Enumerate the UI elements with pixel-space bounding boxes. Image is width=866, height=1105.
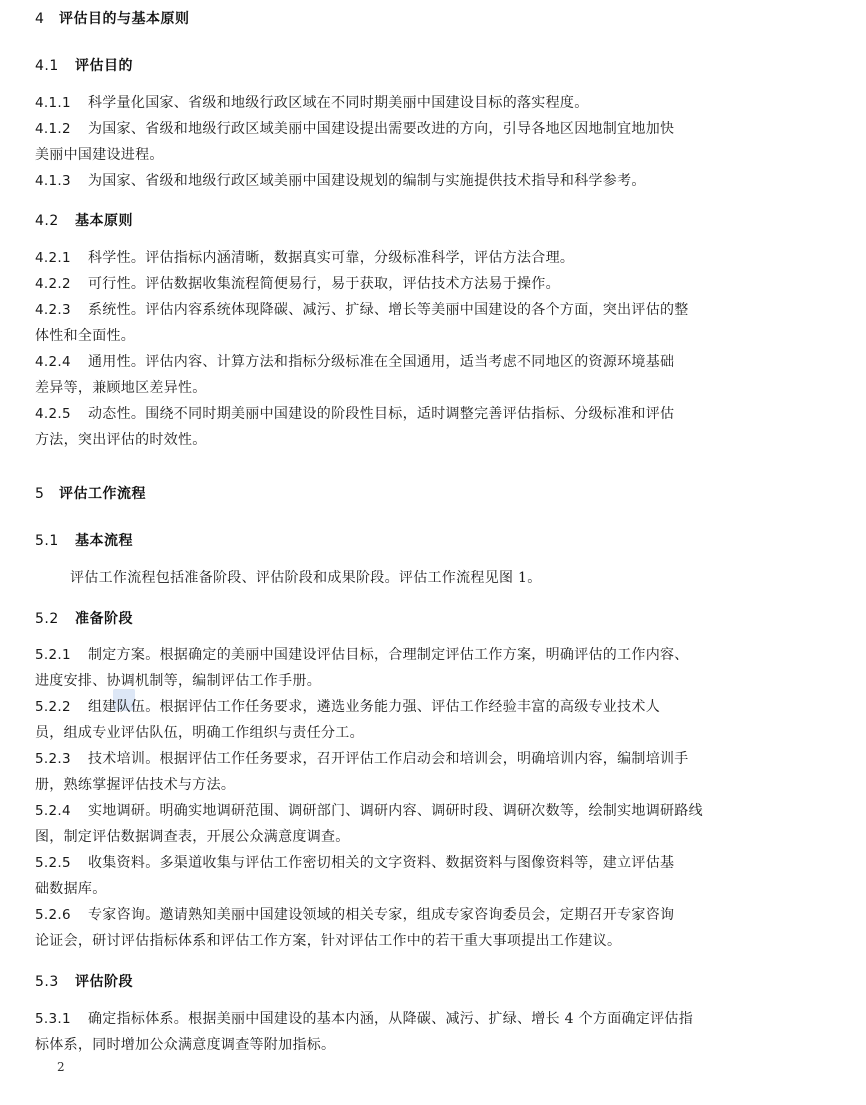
- clause-5-2-6: 5.2.6专家咨询。邀请熟知美丽中国建设领域的相关专家，组成专家咨询委员会，定期…: [35, 902, 795, 954]
- subsection-title: 基本原则: [75, 213, 133, 229]
- subsection-heading-4-2: 4.2基本原则: [35, 210, 133, 230]
- clause-4-2-4: 4.2.4通用性。评估内容、计算方法和指标分级标准在全国通用，适当考虑不同地区的…: [35, 349, 795, 401]
- section-heading-4: 4评估目的与基本原则: [35, 8, 190, 28]
- clause-5-2-3: 5.2.3技术培训。根据评估工作任务要求，召开评估工作启动会和培训会，明确培训内…: [35, 746, 795, 798]
- clause-number: 4.2.2: [35, 271, 88, 297]
- clause-4-1-3: 4.1.3为国家、省级和地级行政区域美丽中国建设规划的编制与实施提供技术指导和科…: [35, 168, 795, 194]
- subsection-heading-5-1: 5.1基本流程: [35, 530, 133, 550]
- clause-number: 4.1.1: [35, 90, 88, 116]
- clause-text-continued: 册，熟练掌握评估技术与方法。: [35, 772, 795, 798]
- clause-4-1-1: 4.1.1科学量化国家、省级和地级行政区域在不同时期美丽中国建设目标的落实程度。: [35, 90, 795, 116]
- clause-number: 5.2.1: [35, 642, 88, 668]
- subsection-number: 4.1: [35, 58, 75, 74]
- clause-text: 可行性。评估数据收集流程简便易行，易于获取，评估技术方法易于操作。: [88, 276, 560, 292]
- clause-text-continued: 进度安排、协调机制等，编制评估工作手册。: [35, 668, 795, 694]
- clause-number: 5.2.6: [35, 902, 88, 928]
- clause-4-1-2: 4.1.2为国家、省级和地级行政区域美丽中国建设提出需要改进的方向，引导各地区因…: [35, 116, 795, 168]
- clause-text: 确定指标体系。根据美丽中国建设的基本内涵，从降碳、减污、扩绿、增长 4 个方面确…: [88, 1011, 693, 1027]
- clause-number: 5.3.1: [35, 1006, 88, 1032]
- clause-number: 4.1.2: [35, 116, 88, 142]
- section-heading-5: 5评估工作流程: [35, 483, 146, 503]
- section-title: 评估工作流程: [59, 486, 146, 502]
- clause-text: 专家咨询。邀请熟知美丽中国建设领域的相关专家，组成专家咨询委员会，定期召开专家咨…: [88, 907, 674, 923]
- clause-number: 5.2.3: [35, 746, 88, 772]
- clause-number: 4.2.3: [35, 297, 88, 323]
- clause-text-continued: 础数据库。: [35, 876, 795, 902]
- clause-number: 4.2.5: [35, 401, 88, 427]
- section-number: 4: [35, 11, 59, 27]
- clause-number: 4.2.1: [35, 245, 88, 271]
- paragraph-5-1-body: 评估工作流程包括准备阶段、评估阶段和成果阶段。评估工作流程见图 1。: [35, 565, 795, 591]
- subsection-heading-5-2: 5.2准备阶段: [35, 608, 133, 628]
- clause-text: 为国家、省级和地级行政区域美丽中国建设提出需要改进的方向，引导各地区因地制宜地加…: [88, 121, 674, 137]
- clause-text-continued: 图，制定评估数据调查表，开展公众满意度调查。: [35, 824, 795, 850]
- clause-text-continued: 美丽中国建设进程。: [35, 142, 795, 168]
- section-title: 评估目的与基本原则: [59, 11, 190, 27]
- clause-4-2-3: 4.2.3系统性。评估内容系统体现降碳、减污、扩绿、增长等美丽中国建设的各个方面…: [35, 297, 795, 349]
- clause-text: 组建队伍。根据评估工作任务要求，遴选业务能力强、评估工作经验丰富的高级专业技术人: [88, 699, 660, 715]
- subsection-title: 评估阶段: [75, 974, 133, 990]
- subsection-number: 5.1: [35, 533, 75, 549]
- subsection-number: 5.2: [35, 611, 75, 627]
- clause-text: 收集资料。多渠道收集与评估工作密切相关的文字资料、数据资料与图像资料等，建立评估…: [88, 855, 674, 871]
- clause-text-continued: 员，组成专业评估队伍，明确工作组织与责任分工。: [35, 720, 795, 746]
- subsection-title: 基本流程: [75, 533, 133, 549]
- clause-5-3-1: 5.3.1确定指标体系。根据美丽中国建设的基本内涵，从降碳、减污、扩绿、增长 4…: [35, 1006, 795, 1058]
- clause-text: 科学性。评估指标内涵清晰，数据真实可靠，分级标准科学，评估方法合理。: [88, 250, 574, 266]
- clause-text: 系统性。评估内容系统体现降碳、减污、扩绿、增长等美丽中国建设的各个方面，突出评估…: [88, 302, 689, 318]
- clause-number: 4.2.4: [35, 349, 88, 375]
- clause-number: 5.2.2: [35, 694, 88, 720]
- clause-4-2-1: 4.2.1科学性。评估指标内涵清晰，数据真实可靠，分级标准科学，评估方法合理。: [35, 245, 795, 271]
- clause-text-continued: 方法，突出评估的时效性。: [35, 427, 795, 453]
- paragraph-text: 评估工作流程包括准备阶段、评估阶段和成果阶段。评估工作流程见图 1。: [35, 565, 795, 591]
- page-number: 2: [57, 1060, 65, 1074]
- clause-text: 通用性。评估内容、计算方法和指标分级标准在全国通用，适当考虑不同地区的资源环境基…: [88, 354, 674, 370]
- section-number: 5: [35, 486, 59, 502]
- subsection-title: 准备阶段: [75, 611, 133, 627]
- clause-text: 技术培训。根据评估工作任务要求，召开评估工作启动会和培训会，明确培训内容，编制培…: [88, 751, 689, 767]
- clause-4-2-2: 4.2.2可行性。评估数据收集流程简便易行，易于获取，评估技术方法易于操作。: [35, 271, 795, 297]
- clause-number: 4.1.3: [35, 168, 88, 194]
- document-page: 4评估目的与基本原则 4.1评估目的 4.1.1科学量化国家、省级和地级行政区域…: [0, 0, 866, 1105]
- clause-text: 实地调研。明确实地调研范围、调研部门、调研内容、调研时段、调研次数等，绘制实地调…: [88, 803, 703, 819]
- clause-text: 制定方案。根据确定的美丽中国建设评估目标，合理制定评估工作方案，明确评估的工作内…: [88, 647, 689, 663]
- clause-text-continued: 差异等，兼顾地区差异性。: [35, 375, 795, 401]
- subsection-number: 5.3: [35, 974, 75, 990]
- clause-text: 动态性。围绕不同时期美丽中国建设的阶段性目标，适时调整完善评估指标、分级标准和评…: [88, 406, 674, 422]
- clause-5-2-2: 5.2.2组建队伍。根据评估工作任务要求，遴选业务能力强、评估工作经验丰富的高级…: [35, 694, 795, 746]
- clause-4-2-5: 4.2.5动态性。围绕不同时期美丽中国建设的阶段性目标，适时调整完善评估指标、分…: [35, 401, 795, 453]
- clause-5-2-5: 5.2.5收集资料。多渠道收集与评估工作密切相关的文字资料、数据资料与图像资料等…: [35, 850, 795, 902]
- subsection-title: 评估目的: [75, 58, 133, 74]
- clause-text-continued: 论证会，研讨评估指标体系和评估工作方案，针对评估工作中的若干重大事项提出工作建议…: [35, 928, 795, 954]
- clause-5-2-1: 5.2.1制定方案。根据确定的美丽中国建设评估目标，合理制定评估工作方案，明确评…: [35, 642, 795, 694]
- subsection-heading-5-3: 5.3评估阶段: [35, 971, 133, 991]
- subsection-number: 4.2: [35, 213, 75, 229]
- clause-text-continued: 标体系，同时增加公众满意度调查等附加指标。: [35, 1032, 795, 1058]
- clause-text: 科学量化国家、省级和地级行政区域在不同时期美丽中国建设目标的落实程度。: [88, 95, 589, 111]
- clause-5-2-4: 5.2.4实地调研。明确实地调研范围、调研部门、调研内容、调研时段、调研次数等，…: [35, 798, 795, 850]
- subsection-heading-4-1: 4.1评估目的: [35, 55, 133, 75]
- clause-text: 为国家、省级和地级行政区域美丽中国建设规划的编制与实施提供技术指导和科学参考。: [88, 173, 646, 189]
- clause-number: 5.2.5: [35, 850, 88, 876]
- clause-text-continued: 体性和全面性。: [35, 323, 795, 349]
- clause-number: 5.2.4: [35, 798, 88, 824]
